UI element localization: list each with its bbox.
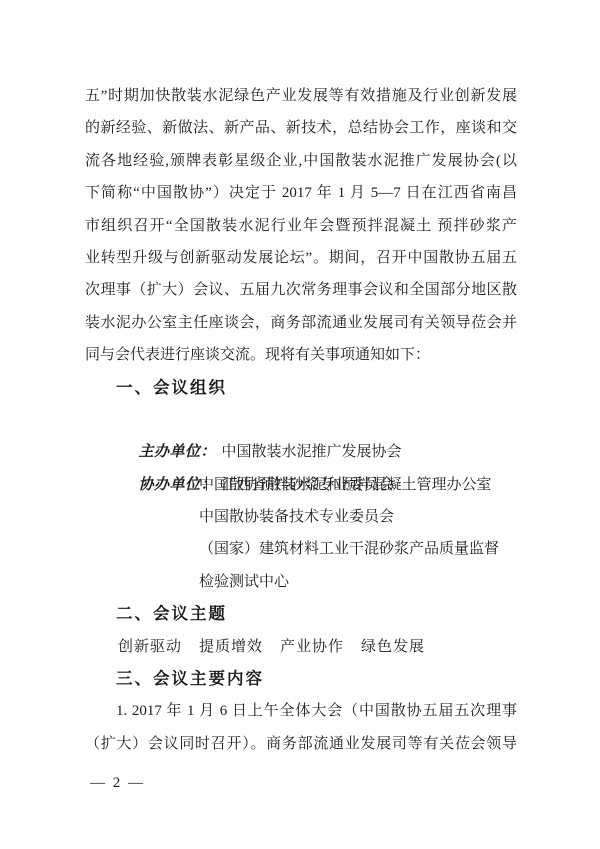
agenda-item-line: 1. 2017 年 1 月 6 日上午全体大会（中国散协五届五次理事 bbox=[85, 695, 517, 727]
paragraph-line: 业转型升级与创新驱动发展论坛”。期间，召开中国散协五届五 bbox=[85, 242, 517, 274]
document-page: 五”时期加快散装水泥绿色产业发展等有效措施及行业创新发展 的新经验、新做法、新产… bbox=[0, 0, 600, 849]
theme-line: 创新驱动 提质增效 产业协作 绿色发展 bbox=[85, 631, 517, 663]
co-organizer-value: （国家）建筑材料工业干混砂浆产品质量监督 bbox=[85, 533, 517, 565]
paragraph-line: 次理事（扩大）会议、五届九次常务理事会议和全国部分地区散 bbox=[85, 274, 517, 306]
host-organizer-value: 中国散装水泥推广发展协会 bbox=[222, 444, 402, 460]
host-organizer-line: 主办单位：中国散装水泥推广发展协会 bbox=[85, 404, 517, 436]
co-organizer-value: 中国散协装备技术专业委员会 bbox=[85, 501, 517, 533]
theme-item: 产业协作 bbox=[280, 631, 344, 663]
paragraph-line: 流各地经验,颁牌表彰星级企业,中国散装水泥推广发展协会(以 bbox=[85, 145, 517, 177]
paragraph-line: 的新经验、新做法、新产品、新技术，总结协会工作，座谈和交 bbox=[85, 112, 517, 144]
theme-item: 创新驱动 bbox=[118, 631, 182, 663]
page-number: — 2 — bbox=[90, 767, 145, 799]
host-organizer-label: 主办单位： bbox=[139, 436, 222, 468]
section-heading-main-content: 三、会议主要内容 bbox=[85, 663, 517, 695]
theme-item: 提质增效 bbox=[199, 631, 263, 663]
document-body: 五”时期加快散装水泥绿色产业发展等有效措施及行业创新发展 的新经验、新做法、新产… bbox=[85, 80, 517, 760]
paragraph-line: 下简称“中国散协”）决定于 2017 年 1 月 5—7 日在江西省南昌 bbox=[85, 177, 517, 209]
section-heading-theme: 二、会议主题 bbox=[85, 598, 517, 630]
co-organizer-value: 检验测试中心 bbox=[85, 566, 517, 598]
agenda-item-line: （扩大）会议同时召开）。商务部流通业发展司等有关莅会领导 bbox=[85, 728, 517, 760]
paragraph-line: 同与会代表进行座谈交流。现将有关事项通知如下： bbox=[85, 339, 517, 371]
paragraph-line: 装水泥办公室主任座谈会，商务部流通业发展司有关领导莅会并 bbox=[85, 307, 517, 339]
theme-item: 绿色发展 bbox=[361, 631, 425, 663]
paragraph-line: 市组织召开“全国散装水泥行业年会暨预拌混凝土 预拌砂浆产 bbox=[85, 210, 517, 242]
section-heading-organization: 一、会议组织 bbox=[85, 372, 517, 404]
paragraph-line: 五”时期加快散装水泥绿色产业发展等有效措施及行业创新发展 bbox=[85, 80, 517, 112]
